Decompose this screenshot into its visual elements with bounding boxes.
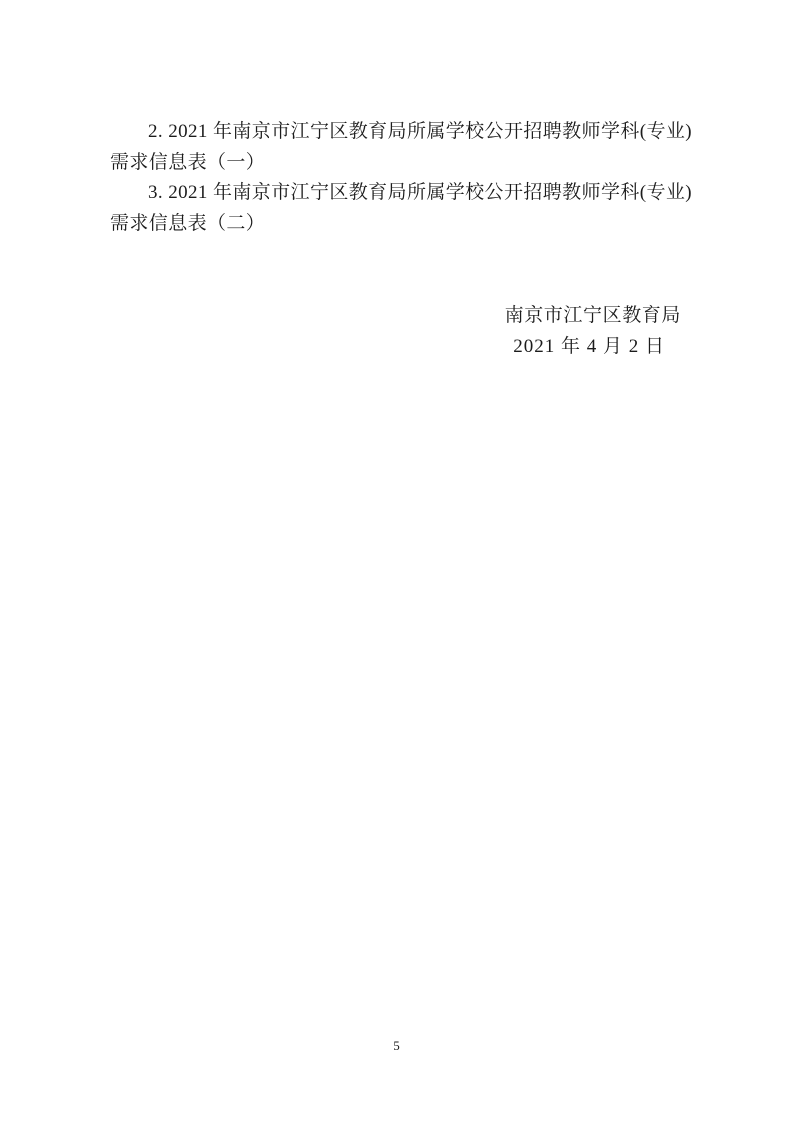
attachment-item-2-line-1: 2. 2021 年南京市江宁区教育局所属学校公开招聘教师学科(专业) xyxy=(110,117,690,148)
attachment-list: 2. 2021 年南京市江宁区教育局所属学校公开招聘教师学科(专业) 需求信息表… xyxy=(110,117,690,239)
issuing-authority: 南京市江宁区教育局 xyxy=(505,301,681,332)
attachment-item-3-line-2: 需求信息表（二） xyxy=(110,209,690,240)
issue-date: 2021 年 4 月 2 日 xyxy=(505,332,665,363)
attachment-item-3-line-1: 3. 2021 年南京市江宁区教育局所属学校公开招聘教师学科(专业) xyxy=(110,178,690,209)
attachment-item-2-line-2: 需求信息表（一） xyxy=(110,148,690,179)
signature-block: 南京市江宁区教育局 2021 年 4 月 2 日 xyxy=(505,301,681,362)
document-page: 2. 2021 年南京市江宁区教育局所属学校公开招聘教师学科(专业) 需求信息表… xyxy=(0,0,793,1122)
page-number: 5 xyxy=(0,1038,793,1054)
